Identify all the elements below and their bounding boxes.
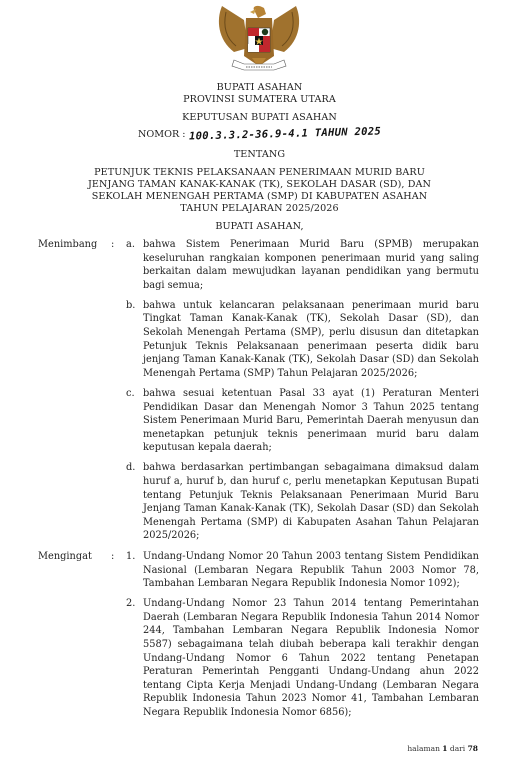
item-text: bahwa sesuai ketentuan Pasal 33 ayat (1)… — [143, 387, 479, 455]
document-page: BUPATI ASAHAN PROVINSI SUMATERA UTARA KE… — [0, 0, 519, 777]
menimbang-item: b. bahwa untuk kelancaran pelaksanaan pe… — [0, 299, 519, 381]
garuda-emblem-icon — [214, 0, 304, 76]
total-pages: 78 — [468, 744, 478, 753]
item-text: bahwa berdasarkan pertimbangan sebagaima… — [143, 461, 479, 543]
item-number: d. — [126, 461, 135, 475]
menimbang-item: d. bahwa berdasarkan pertimbangan sebaga… — [0, 461, 519, 543]
item-text: bahwa untuk kelancaran pelaksanaan pener… — [143, 299, 479, 381]
mengingat-item: 2. Undang-Undang Nomor 23 Tahun 2014 ten… — [0, 597, 519, 719]
subject-line: JENJANG TAMAN KANAK-KANAK (TK), SEKOLAH … — [0, 179, 519, 191]
current-page: 1 — [442, 744, 447, 753]
menimbang-item: c. bahwa sesuai ketentuan Pasal 33 ayat … — [0, 387, 519, 455]
issuer-heading: BUPATI ASAHAN, — [0, 221, 519, 233]
mengingat-section: Mengingat : 1. Undang-Undang Nomor 20 Ta… — [0, 550, 519, 726]
province-name: PROVINSI SUMATERA UTARA — [0, 94, 519, 106]
nomor-value-handwritten: 100.3.3.2-36.9-4.1 TAHUN 2025 — [188, 125, 380, 142]
item-text: bahwa Sistem Penerimaan Murid Baru (SPMB… — [143, 238, 479, 292]
decree-title: KEPUTUSAN BUPATI ASAHAN — [0, 112, 519, 124]
page-counter-middle: dari — [450, 744, 465, 753]
office-name: BUPATI ASAHAN — [0, 82, 519, 94]
subject-line: PETUNJUK TEKNIS PELAKSANAAN PENERIMAAN M… — [0, 167, 519, 179]
decree-number: NOMOR : 100.3.3.2-36.9-4.1 TAHUN 2025 — [138, 128, 381, 140]
menimbang-item: a. bahwa Sistem Penerimaan Murid Baru (S… — [0, 238, 519, 292]
item-number: b. — [126, 299, 135, 313]
page-counter: halaman 1 dari 78 — [407, 744, 478, 753]
item-number: 1. — [126, 550, 135, 564]
item-number: a. — [126, 238, 135, 252]
item-number: c. — [126, 387, 135, 401]
menimbang-section: Menimbang : a. bahwa Sistem Penerimaan M… — [0, 238, 519, 549]
item-number: 2. — [126, 597, 135, 611]
page-counter-prefix: halaman — [407, 744, 440, 753]
subject-line: TAHUN PELAJARAN 2025/2026 — [0, 203, 519, 215]
item-text: Undang-Undang Nomor 20 Tahun 2003 tentan… — [143, 550, 479, 591]
tentang-heading: TENTANG — [0, 149, 519, 161]
subject-line: SEKOLAH MENENGAH PERTAMA (SMP) DI KABUPA… — [0, 191, 519, 203]
mengingat-item: 1. Undang-Undang Nomor 20 Tahun 2003 ten… — [0, 550, 519, 591]
item-text: Undang-Undang Nomor 23 Tahun 2014 tentan… — [143, 597, 479, 719]
nomor-label: NOMOR : — [138, 129, 185, 140]
